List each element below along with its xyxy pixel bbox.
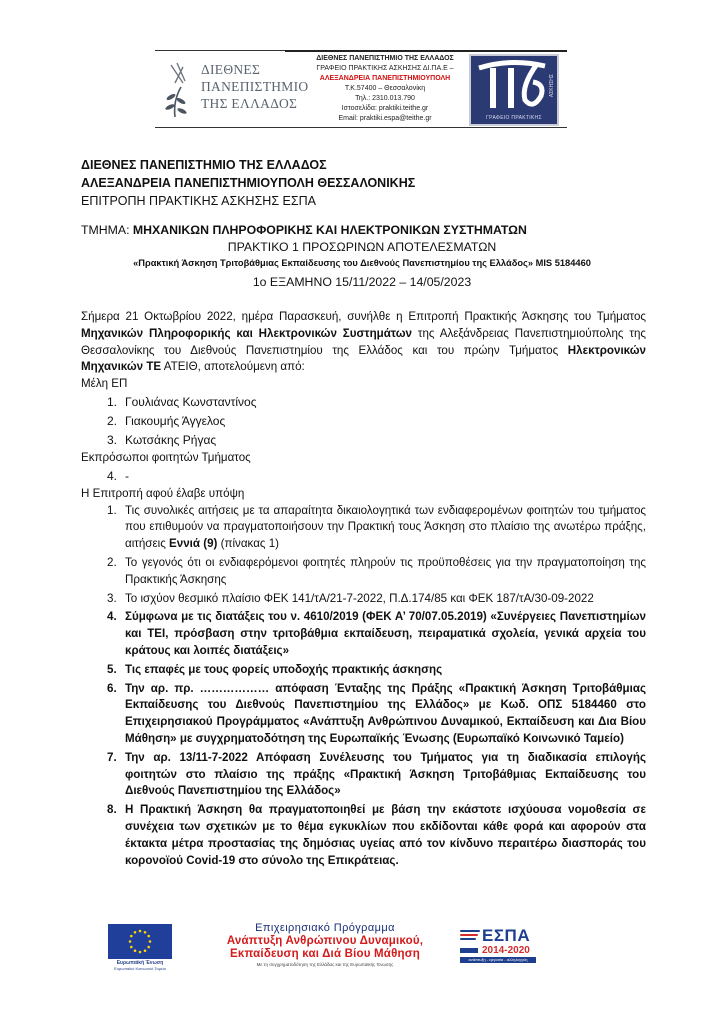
item-text: Το γεγονός ότι οι ενδιαφερόμενοι φοιτητέ… [125, 556, 646, 586]
list-number: 2. [107, 412, 117, 431]
eu-stars-icon [108, 924, 172, 959]
consideration-item: 1.Τις συνολικές αιτήσεις με τα απαραίτητ… [107, 503, 646, 553]
campus-name: ΑΛΕΞΑΝΔΡΕΙΑ ΠΑΝΕΠΙΣΤΗΜΙΟΥΠΟΛΗ ΘΕΣΣΑΛΟΝΙΚ… [81, 175, 415, 191]
item-bold-text: Σύμφωνα με τις διατάξεις του ν. 4610/201… [125, 610, 646, 657]
contact-email[interactable]: Email: praktiki.espa@teithe.gr [295, 114, 475, 124]
op-cofunding-line: Με τη συγχρηματοδότηση της Ελλάδας και τ… [210, 961, 440, 969]
eu-caption-subtitle: Ευρωπαϊκό Κοινωνικό Ταμείο [104, 966, 176, 971]
considerations-list: 1.Τις συνολικές αιτήσεις με τα απαραίτητ… [107, 503, 646, 870]
contact-university: ΔΙΕΘΝΕΣ ΠΑΝΕΠΙΣΤΗΜΙΟ ΤΗΣ ΕΛΛΑΔΟΣ [295, 54, 475, 64]
item-bold-text: Τις επαφές με τους φορείς υποδοχής πρακτ… [125, 663, 442, 676]
espa-stripes-icon [460, 930, 480, 944]
students-list: 4.- [107, 467, 646, 486]
item-bold-text: 13/11-7-2022 [179, 751, 247, 764]
member-name: Γουλιάνας Κωνσταντίνος [125, 395, 257, 409]
espa-years: 2014-2020 [482, 945, 530, 956]
consideration-item: 7.Την αρ. 13/11-7-2022 Απόφαση Συνέλευση… [107, 750, 646, 800]
member-item: 3.Κωτσάκης Ρήγας [107, 431, 646, 450]
list-number: 3. [107, 431, 117, 450]
consideration-item: 4.Σύμφωνα με τις διατάξεις του ν. 4610/2… [107, 609, 646, 659]
semester-period: 1ο ΕΞΑΜΗΝΟ 15/11/2022 – 14/05/2023 [0, 275, 724, 289]
minutes-title: ΠΡΑΚΤΙΚΟ 1 ΠΡΟΣΩΡΙΝΩΝ ΑΠΟΤΕΛΕΣΜΑΤΩΝ [0, 240, 724, 254]
internship-office-logo: ΑΣΚΗΣΗΣ ΓΡΑΦΕΙΟ ΠΡΑΚΤΙΚΗΣ [469, 54, 559, 126]
member-item: 1.Γουλιάνας Κωνσταντίνος [107, 393, 646, 412]
pi-delta-logo-icon [471, 56, 557, 112]
eu-flag-icon [108, 924, 172, 959]
op-line: Εκπαίδευση και Διά Βίου Μάθηση [210, 948, 440, 961]
olive-branch-icon [163, 61, 199, 119]
department-name: ΜΗΧΑΝΙΚΩΝ ΠΛΗΡΟΦΟΡΙΚΗΣ ΚΑΙ ΗΛΕΚΤΡΟΝΙΚΩΝ … [133, 223, 527, 237]
program-title: «Πρακτική Άσκηση Τριτοβάθμιας Εκπαίδευση… [0, 258, 724, 268]
espa-tagline: ανάπτυξη - εργασία - αλληλεγγύη [460, 957, 536, 963]
student-item: 4.- [107, 467, 646, 486]
list-number: 4. [107, 609, 117, 626]
item-bold-text: Την αρ. πρ. ……………… απόφαση Ένταξης της Π… [125, 682, 646, 745]
member-item: 2.Γιακουμής Άγγελος [107, 412, 646, 431]
university-logo-line: ΔΙΕΘΝΕΣ [201, 61, 308, 78]
list-number: 7. [107, 750, 117, 767]
list-number: 6. [107, 681, 117, 698]
university-logo-line: ΠΑΝΕΠΙΣΤΗΜΙΟ [201, 78, 308, 95]
item-text: Την αρ. [125, 751, 179, 764]
list-number: 3. [107, 591, 117, 608]
operational-programme-logo: Επιχειρησιακό Πρόγραμμα Ανάπτυξη Ανθρώπι… [210, 922, 440, 969]
consideration-item: 6.Την αρ. πρ. ……………… απόφαση Ένταξης της… [107, 681, 646, 748]
contact-block: ΔΙΕΘΝΕΣ ΠΑΝΕΠΙΣΤΗΜΙΟ ΤΗΣ ΕΛΛΑΔΟΣ ΓΡΑΦΕΙΟ… [295, 54, 475, 124]
university-logo: ΔΙΕΘΝΕΣ ΠΑΝΕΠΙΣΤΗΜΙΟ ΤΗΣ ΕΛΛΑΔΟΣ [163, 59, 283, 121]
member-name: Γιακουμής Άγγελος [125, 414, 225, 428]
espa-logo: ΕΣΠΑ 2014-2020 ανάπτυξη - εργασία - αλλη… [460, 926, 540, 966]
contact-phone: Τηλ.: 2310.013.790 [295, 94, 475, 104]
consideration-item: 2.Το γεγονός ότι οι ενδιαφερόμενοι φοιτη… [107, 555, 646, 589]
letterhead: ΔΙΕΘΝΕΣ ΠΑΝΕΠΙΣΤΗΜΙΟ ΤΗΣ ΕΛΛΑΔΟΣ ΔΙΕΘΝΕΣ… [155, 50, 567, 128]
consideration-item: 3.Το ισχύον θεσμικό πλαίσιο ΦΕΚ 141/τΑ/2… [107, 591, 646, 608]
letterhead-rule [285, 50, 567, 52]
committee-name: ΕΠΙΤΡΟΠΗ ΠΡΑΚΤΙΚΗΣ ΑΣΚΗΣΗΣ ΕΣΠΑ [81, 193, 316, 209]
contact-postal: Τ.Κ.57400 – Θεσσαλονίκη [295, 84, 475, 94]
department-line: ΤΜΗΜΑ: ΜΗΧΑΝΙΚΩΝ ΠΛΗΡΟΦΟΡΙΚΗΣ ΚΑΙ ΗΛΕΚΤΡ… [81, 223, 527, 237]
university-logo-line: ΤΗΣ ΕΛΛΑΔΟΣ [201, 95, 308, 112]
list-number: 4. [107, 467, 117, 486]
document-body: Σήμερα 21 Οκτωβρίου 2022, ημέρα Παρασκευ… [81, 309, 646, 871]
students-label: Εκπρόσωποι φοιτητών Τμήματος [81, 450, 646, 467]
op-line: Επιχειρησιακό Πρόγραμμα [210, 922, 440, 935]
list-number: 5. [107, 662, 117, 679]
members-list: 1.Γουλιάνας Κωνσταντίνος 2.Γιακουμής Άγγ… [107, 393, 646, 450]
item-text: (πίνακας 1) [217, 537, 279, 550]
list-number: 2. [107, 555, 117, 572]
members-label: Μέλη ΕΠ [81, 376, 646, 393]
logo-caption: ΓΡΑΦΕΙΟ ΠΡΑΚΤΙΚΗΣ [471, 115, 557, 121]
eu-caption: Ευρωπαϊκή Ένωση Ευρωπαϊκό Κοινωνικό Ταμε… [104, 960, 176, 971]
item-bold-text: Η Πρακτική Άσκηση θα πραγματοποιηθεί με … [125, 803, 646, 866]
organization-name: ΔΙΕΘΝΕΣ ΠΑΝΕΠΙΣΤΗΜΙΟ ΤΗΣ ΕΛΛΑΔΟΣ [81, 157, 327, 173]
espa-flag-box [460, 948, 478, 953]
considered-label: Η Επιτροπή αφού έλαβε υπόψη [81, 486, 646, 503]
logo-side-text: ΑΣΚΗΣΗΣ [549, 74, 555, 97]
intro-text: Σήμερα 21 Οκτωβρίου 2022, ημέρα Παρασκευ… [81, 310, 646, 323]
list-number: 1. [107, 503, 117, 520]
consideration-item: 8. Η Πρακτική Άσκηση θα πραγματοποιηθεί … [107, 802, 646, 869]
department-prefix: ΤΜΗΜΑ: [81, 223, 133, 237]
contact-office: ΓΡΑΦΕΙΟ ΠΡΑΚΤΙΚΗΣ ΑΣΚΗΣΗΣ ΔΙ.ΠΑ.Ε – [295, 64, 475, 74]
op-line: Ανάπτυξη Ανθρώπινου Δυναμικού, [210, 935, 440, 948]
item-bold-text: Εννιά (9) [169, 537, 217, 550]
funding-footer: Ευρωπαϊκή Ένωση Ευρωπαϊκό Κοινωνικό Ταμε… [100, 922, 580, 970]
contact-website[interactable]: Ιστοσελίδα: praktiki.teithe.gr [295, 104, 475, 114]
intro-text: ΑΤΕΙΘ, αποτελούμενη από: [161, 360, 305, 373]
intro-paragraph: Σήμερα 21 Οκτωβρίου 2022, ημέρα Παρασκευ… [81, 309, 646, 376]
espa-word: ΕΣΠΑ [482, 926, 530, 946]
contact-campus: ΑΛΕΞΑΝΔΡΕΙΑ ΠΑΝΕΠΙΣΤΗΜΙΟΥΠΟΛΗ [295, 74, 475, 84]
item-text: Το ισχύον θεσμικό πλαίσιο ΦΕΚ 141/τΑ/21-… [125, 592, 594, 605]
list-number: 1. [107, 393, 117, 412]
list-number: 8. [107, 802, 117, 819]
member-name: Κωτσάκης Ρήγας [125, 433, 216, 447]
consideration-item: 5.Τις επαφές με τους φορείς υποδοχής πρα… [107, 662, 646, 679]
intro-department: Μηχανικών Πληροφορικής και Ηλεκτρονικών … [81, 327, 412, 340]
student-name: - [125, 469, 129, 483]
